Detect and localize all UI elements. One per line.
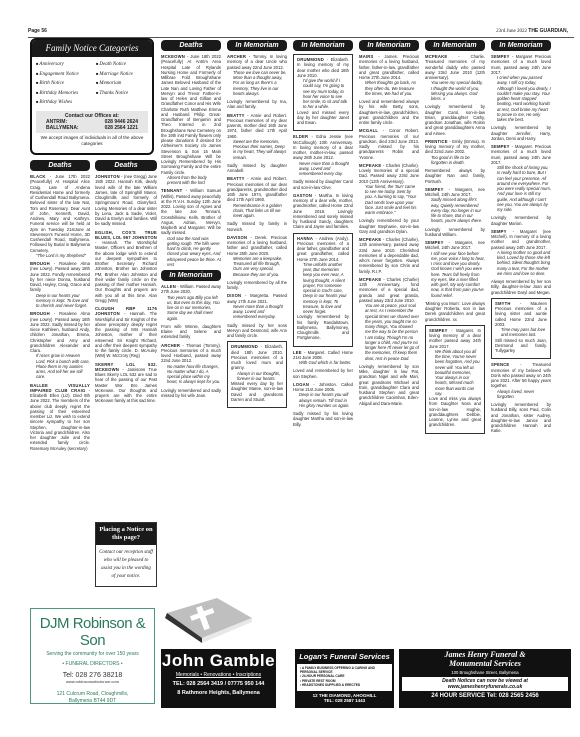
notice-text: Loved and remembered always by his wife … xyxy=(359,99,419,125)
notice-entry: SEMPEY - Margaret, nee Mitchell, 24th Ju… xyxy=(425,187,485,224)
notice-entry: ELDER - Edna Jessie (nee McCullough) 10t… xyxy=(293,134,353,176)
notice-verse: Those we love can never be, More than a … xyxy=(227,70,287,96)
notice-name: ARCHER xyxy=(161,343,180,348)
category-item: Engagement Notice xyxy=(36,70,96,80)
notice-text: - Charles (Charlie), 12th anniversary, p… xyxy=(359,237,419,274)
notice-verse: I'd give the world if I could say, I'm g… xyxy=(297,78,349,110)
notice-name: SEMPY xyxy=(491,229,507,234)
ad-djm-robinson: DJM Robinson & Son Serving the community… xyxy=(30,608,155,704)
notice-text: Still missed so much Joan, Desmond and f… xyxy=(495,338,547,354)
notice-entry: MAIRS - James. Precious memories of a lo… xyxy=(359,54,419,96)
notice-name: BALLEE VISUALLY IMPAIRED CLUB CRAIG xyxy=(30,383,90,393)
notice-text: Lovingly remembered by daughter Jennifer… xyxy=(491,125,551,141)
ad-logans-funeral: Logan's Funeral Services • A FAMILY BUSI… xyxy=(295,649,394,708)
category-item: Birthday Memories xyxy=(36,89,96,99)
notice-entry: MCKEOWN - June 18th 2022 (Peacefully) At… xyxy=(161,54,221,185)
section-header-memoriam: In Memoriam xyxy=(293,40,353,51)
notice-text: Loved and missed every day by her daught… xyxy=(297,110,349,126)
logan-services: • A FAMILY BUSINESS OFFERING A CARING AN… xyxy=(297,664,392,691)
notice-entry: BALLEE VISUALLY IMPAIRED CLUB CRAIG - El… xyxy=(30,383,90,451)
notice-entry: SKERRY LOL 532. MCKEOWN - Jamisons True … xyxy=(95,362,157,404)
notice-entry: EGLISH, COX'S TRUE BLUES, LOL 967 JOHNST… xyxy=(95,230,157,304)
logan-tel[interactable]: TEL: 028 2587 1443 xyxy=(324,698,365,703)
notice-name: BEATTY xyxy=(227,176,245,181)
djm-web[interactable]: www.robinsonsofculcrum.com xyxy=(31,679,154,684)
section-header-memoriam: In Memoriam xyxy=(359,40,419,51)
section-header-deaths: Deaths xyxy=(30,160,90,171)
notice-text: - Rosalene Alma (nee Lowry). Passed away… xyxy=(30,311,90,353)
notice-verse: A loving mother so good and kind, Loved … xyxy=(491,250,551,276)
notice-text: Lovingly remembered and sadly missed by … xyxy=(161,388,221,398)
ad-james-henry: James Henry Funeral &Monumental Services… xyxy=(399,649,571,708)
notice-entry: HANNA - Andrew (Andy). Precious memories… xyxy=(297,236,349,341)
category-item: Death Notice xyxy=(96,60,154,70)
notice-verse: Deep in our hearts you will always remai… xyxy=(293,392,353,408)
logan-item: • HEADSTONES SUPPLIED & ERECTED xyxy=(300,683,389,687)
category-item: Memoriam xyxy=(96,79,154,89)
notice-name: DRUMMOND xyxy=(297,57,324,62)
notice-entry: Lovingly remembered by Ina, Alan and fam… xyxy=(227,99,287,110)
placing-body: Contact our reception staff who will be … xyxy=(96,545,156,585)
notice-verse: If roses grow in Heaven Lord, Pick a bun… xyxy=(30,353,90,379)
notice-name: BLACK xyxy=(30,174,46,179)
notice-name: SEMPEY xyxy=(491,144,510,149)
notice-entry: BEATTY - Annie and Robert. Precious memo… xyxy=(227,176,287,218)
notice-text: Always remembered by her son Billy, daug… xyxy=(491,279,551,295)
notice-entry: Lovingly remembered by daughter Jennifer… xyxy=(491,125,551,141)
jg-services: Memorials • Renovations • Inscriptions xyxy=(161,672,276,678)
notice-entry: Lovingly remembered by daughter Carol, s… xyxy=(425,104,485,136)
notice-entry: SPENCE - Treasured memories of my belove… xyxy=(491,362,551,399)
notice-text: Remembered always by daughter Nan and fa… xyxy=(425,168,485,184)
notice-name: ELDER xyxy=(293,134,308,139)
fnc-title: Family Notice Categories xyxy=(32,40,152,57)
notice-name: DAVISON xyxy=(227,235,247,240)
category-item: Thanks Notice xyxy=(96,89,154,99)
notice-text: Lovingly remembered by daughter Carol, s… xyxy=(425,104,485,135)
notice-name: PRENTICE xyxy=(425,139,448,144)
notice-entry: Lovingly remembered by your daughter Ste… xyxy=(359,218,419,234)
notice-name: MCPEAKE xyxy=(359,163,381,168)
notice-text: - Conor Robert. Precious memories of our… xyxy=(359,128,419,159)
notice-verse: God saw the road was getting rough. The … xyxy=(161,236,221,268)
djm-addr2: Ballymena BT44 9DT xyxy=(69,698,117,704)
notice-text: - June 18th 2022 (Peacefully) At Antrim … xyxy=(161,54,221,175)
bible-cross-icon xyxy=(162,598,257,643)
notice-entry: DRUMMOND - Elizabeth. In loving memory o… xyxy=(297,57,349,125)
jg-tel[interactable]: TEL: 028 2564 3419 / 07775 950 144 xyxy=(161,681,276,687)
notice-entry: Loved and remembered always by his wife … xyxy=(359,99,419,125)
notice-name: MCPEAKE xyxy=(359,237,381,242)
notice-name: SMYTH xyxy=(495,301,511,306)
notice-text: Lovingly remembered by his family Randal… xyxy=(297,314,349,340)
notice-entry: Lovingly remembered by son Mike, daughte… xyxy=(359,364,419,406)
notice-entry: MCPEAKE - Charlie. Treasured memories of… xyxy=(425,54,485,101)
notice-text: Lovingly remembered by husband William. xyxy=(425,227,485,237)
notice-entry: MCPEAKE - Charles (Charlie), 12th annive… xyxy=(359,237,419,274)
notice-verse: Sadly missed along life's way, Quietly r… xyxy=(425,197,485,223)
notice-name: MCPEAKE xyxy=(425,54,447,59)
notice-verse: Absent from the body present with the lo… xyxy=(161,175,221,186)
notice-text: 'Missing you Mum'. Love always daughter … xyxy=(425,301,485,322)
notice-entry: MCPEAKE - Charles (Charlie). Lovely memo… xyxy=(359,163,419,216)
placing-title: Placing a Notice on this page? xyxy=(96,523,156,545)
notice-text: Lovingly remembered by Ina, Alan and fam… xyxy=(227,99,287,109)
notice-name: MCGALL xyxy=(359,128,378,133)
notice-entry: Loved and remembered by her son Stephen. xyxy=(293,368,353,379)
notice-text: Lovingly remembered by your daughter Ste… xyxy=(359,218,419,234)
section-header-memoriam: In Memoriam xyxy=(491,40,551,51)
notice-name: SEMPEY xyxy=(425,240,444,245)
notice-verse: "The Lord is my Shepherd" xyxy=(30,253,90,258)
notice-text: Love and miss you always from Daughter N… xyxy=(429,396,481,428)
notice-text: - Margaret. Called Home 21st June 2008. xyxy=(293,350,353,360)
notice-entry: Lovingly remembered by husband William. xyxy=(425,227,485,238)
notice-entry: ARCHER - Thomas (Tommy). Precious memori… xyxy=(161,343,221,385)
page-header: Page 56 23rd June 2022 THE GUARDIAN, xyxy=(28,28,574,38)
notice-name: DRUMMOND xyxy=(231,344,258,349)
notice-name: GASTON xyxy=(293,193,312,198)
notice-text: Loved and remembered by her son Stephen. xyxy=(293,368,353,378)
category-list: Anniversary Death Notice Engagement Noti… xyxy=(32,57,152,111)
notice-entry: Sadly missed by family in Norwich. xyxy=(227,221,287,232)
notice-entry: JOHNSTON - (nee Gregg) June 15th 2022. H… xyxy=(95,174,157,227)
jh-service[interactable]: 24 HOUR SERVICE Tel: 028 2565 2456 xyxy=(399,693,571,699)
category-item: Marriage Notice xyxy=(96,70,154,80)
notice-verse: Too good in life to be forgotten in deat… xyxy=(425,155,485,166)
notice-entry: GASTON - Martha. In loving memory of a d… xyxy=(293,193,353,230)
notice-name: BROUGH xyxy=(30,311,50,316)
notice-entry: SEMPEY - Margaret. Precious memories of … xyxy=(491,144,551,212)
notice-entry: LOGAN - Johnston. Called Home 21st June … xyxy=(293,382,353,408)
notice-entry: Lovingly remembered by husband Billy, so… xyxy=(491,402,551,434)
notice-name: TENNANT xyxy=(161,188,182,193)
notice-entry: BROUGH - Rosalene Alma (nee Lowry). Pass… xyxy=(30,261,90,308)
jh-addr: 100 Broughshane Street, Ballymena xyxy=(399,670,571,675)
notice-text: - Jamisons True Blues Skerry LOL 532 are… xyxy=(95,367,157,404)
notice-entry: SMYTH - Maureen Precious memories of a l… xyxy=(495,301,547,354)
ad-john-gamble: John Gamble Memorials • Renovations • In… xyxy=(161,649,276,708)
contact-box: Contact our Offices at: ANTRIM:028 9446 … xyxy=(36,111,148,133)
notice-name: MAIRS xyxy=(359,54,374,59)
notice-name: MCKEOWN xyxy=(161,54,185,59)
notice-entry: 'Missing you Mum'. Love always daughter … xyxy=(425,301,485,322)
notice-name: SEMPEY xyxy=(491,54,510,59)
jg-name: John Gamble xyxy=(161,651,276,671)
section-header-deaths: Deaths xyxy=(161,40,221,51)
notice-name: SEMPEY xyxy=(425,187,444,192)
category-item: Birth Notice xyxy=(36,79,96,89)
notice-text: Lovingly remembered by all the family. xyxy=(227,280,287,290)
column-memoriam-6: In Memoriam MAIRS - James. Precious memo… xyxy=(359,40,419,409)
notice-entry: SEMPEY - Margaret. In loving memory of a… xyxy=(429,328,481,428)
page-date: 23rd June 2022 THE GUARDIAN, xyxy=(496,28,568,34)
notice-text: - Elizabeth Ellen (Liz). Died 8th June 2… xyxy=(30,388,90,451)
notice-entry: Lovingly remembered by daughter Marion. xyxy=(491,215,551,226)
djm-name: DJM Robinson & Son xyxy=(31,615,154,649)
notice-text: - Hannah. The Worshipful and Sir Knights… xyxy=(95,311,157,358)
notice-verse: When thoughts go back, As they often do,… xyxy=(359,80,419,96)
notice-text: Lovingly remembered by daughter Marion. xyxy=(491,215,551,225)
notice-name: ARCHER xyxy=(227,54,246,59)
notice-verse: We think about you all the time, You've … xyxy=(429,349,481,396)
jh-name2: Monumental Services xyxy=(449,659,521,668)
notice-entry: From wife Winnie, daughters Elaine and S… xyxy=(161,324,221,340)
notice-entry: LEE - Margaret. Called Home 21st June 20… xyxy=(293,350,353,366)
notice-entry: BLACK - June 17th 2022 (Peacefully) At H… xyxy=(30,174,90,258)
column-memoriam-4: In Memoriam ARCHER - Tommy. In loving me… xyxy=(227,40,287,411)
notice-verse: Remembrance is a golden chain, That link… xyxy=(227,203,287,219)
notice-verse: Time may pass but love and memories last… xyxy=(495,327,547,338)
djm-addr1: 121 Culcrum Road, Cloughmills, xyxy=(57,691,129,697)
notice-verse: You are at peace, your soul at rest, As … xyxy=(359,303,419,361)
notice-name: EGLISH, COX'S TRUE BLUES, LOL 967 JOHNST… xyxy=(95,230,157,240)
notice-entry: Sadly missed by daughter Annabell. xyxy=(227,163,287,174)
notice-verse: Memories are a keepsake, Treasured all l… xyxy=(227,256,287,277)
notice-text: Lovingly remembered by son Mike, daughte… xyxy=(359,364,419,406)
ballymena-label: BALLYMENA: xyxy=(46,125,79,131)
placing-notice-box: Placing a Notice on this page? Contact o… xyxy=(95,522,157,587)
notice-verse: Never more than a thought away, Loved an… xyxy=(293,161,353,177)
notice-entry: DRUMMOND - Elizabeth, died 18th June 201… xyxy=(231,344,283,402)
notice-entry: SEMPEY - Margaret, nee Mitchell, 24th Ju… xyxy=(425,240,485,298)
notice-entry: ARCHER - Tommy. In loving memory of a de… xyxy=(227,54,287,96)
notice-text: - William Samuel (Willis), Passed away p… xyxy=(161,188,221,235)
notice-text: Sadly missed by his loving daughter Mart… xyxy=(293,411,353,427)
notice-entry: Lovingly remembered and sadly missed by … xyxy=(161,388,221,399)
notice-entry: Always remembered by her son Billy, daug… xyxy=(491,279,551,295)
notice-name: SEMPEY xyxy=(429,328,448,333)
notice-text: - Hannah. The Worshipful Master, Officer… xyxy=(95,240,157,303)
column-deaths-1: Deaths BLACK - June 17th 2022 (Peacefull… xyxy=(30,160,90,454)
notice-verse: Always loved, never forgotten. xyxy=(491,389,551,400)
column-memoriam-8: In Memoriam SEMPEY - Margaret Precious m… xyxy=(491,40,551,437)
section-header-memoriam: In Memoriam xyxy=(161,270,221,281)
notice-text: Missed every day by her daughter Maree, … xyxy=(231,381,283,402)
column-memoriam-7: In Memoriam MCPEAKE - Charlie. Treasured… xyxy=(425,40,485,437)
djm-tel[interactable]: Tel: 028 276 38218 xyxy=(31,672,154,679)
notice-entry: MCGALL - Conor Robert. Precious memories… xyxy=(359,128,419,160)
column-memoriam-5: In Memoriam DRUMMOND - Elizabeth. In lov… xyxy=(293,40,353,430)
notice-entry: Sadly missed by his loving daughter Mart… xyxy=(293,411,353,427)
notice-text: Sadly missed by daughter Annabell. xyxy=(227,163,287,173)
notice-verse: Still the shock of losing you, Is really… xyxy=(491,165,551,212)
column-deaths-2: Deaths JOHNSTON - (nee Gregg) June 15th … xyxy=(95,160,157,407)
notice-entry: ALLEN - William. Passed away 27th June 2… xyxy=(161,284,221,321)
notice-text: Lovingly remembered by husband Billy, so… xyxy=(491,402,551,433)
notice-verse: Deep in our hearts your memory is kept. … xyxy=(30,293,90,309)
notice-name: SPENCE xyxy=(491,362,509,367)
logan-name: Logan's Funeral Services xyxy=(295,649,394,664)
notice-verse: I still see your face before me, your vo… xyxy=(425,251,485,298)
notice-verse: Your friend, the 'Sun' came to see me to… xyxy=(359,184,419,216)
notice-entry: DAVISON - Derek. Precious memories of a … xyxy=(227,235,287,277)
notice-text: - Martha. In loving memory of a dear wif… xyxy=(293,193,353,230)
notice-entry: TENNANT - William Samuel (Willis), Passe… xyxy=(161,188,221,267)
category-item: Birthday Wishes xyxy=(36,98,96,108)
notice-verse: Always in our thoughts, forever in our h… xyxy=(231,371,283,382)
notice-entry: MCPEAKE - Charles (Charlie) 12th Anniver… xyxy=(359,277,419,361)
ballymena-phone[interactable]: 028 2564 1221 xyxy=(105,125,138,131)
notice-text: - (nee Gregg) June 15th 2022. Hannah Kir… xyxy=(95,174,157,226)
notice-text: Sadly missed by her sons Mervyn and Desm… xyxy=(227,323,287,339)
section-header-deaths: Deaths xyxy=(95,160,157,171)
notice-entry: CLOUGH RBP 1176 JOHNSTON - Hannah. The W… xyxy=(95,306,157,359)
page-number: Page 56 xyxy=(28,28,47,34)
notice-verse: Sweet are the memories, Precious their n… xyxy=(227,139,287,160)
column-deaths-3: Deaths MCKEOWN - June 18th 2022 (Peacefu… xyxy=(161,40,221,401)
notice-entry: PRENTICE - Emily (Emma). In loving memor… xyxy=(425,139,485,165)
notice-entry: SEMPY - Margaret (nee Mitchell). In memo… xyxy=(491,229,551,276)
notice-entry: SEMPEY - Margaret Precious memories of a… xyxy=(491,54,551,122)
notice-entry: BROUGH - Rosalene Alma (nee Lowry). Pass… xyxy=(30,311,90,379)
notice-text: Sadly missed by family in Norwich. xyxy=(227,221,287,231)
notice-name: DIXON xyxy=(227,293,241,298)
notice-verse: You were my special daddy, I thought the… xyxy=(425,80,485,101)
jh-web[interactable]: www.jameshenryfunerals.co.uk xyxy=(448,684,523,690)
section-header-memoriam: In Memoriam xyxy=(425,40,485,51)
notice-text: Sadly missed by daughter Carol and son-i… xyxy=(293,179,353,189)
notice-entry: Remembered always by daughter Nan and fa… xyxy=(425,168,485,184)
notice-verse: Never more than a thought away, Loved an… xyxy=(227,304,287,320)
djm-fd: • FUNERAL DIRECTORS • xyxy=(31,661,154,667)
notice-text: - Rosalene Alma (nee Lowry). Passed away… xyxy=(30,261,90,292)
notice-name: MCPEAKE xyxy=(359,277,381,282)
notice-entry: Lovingly remembered by all the family. xyxy=(227,280,287,291)
notice-entry: Sadly missed by daughter Carol and son-i… xyxy=(293,179,353,190)
notice-name: JOHNSTON xyxy=(95,174,120,179)
notice-text: From wife Winnie, daughters Elaine and S… xyxy=(161,324,221,340)
category-item: Anniversary xyxy=(36,60,96,70)
notice-entry: DIXON - Margretta. Passed away 17th June… xyxy=(227,293,287,319)
notice-name: HANNA xyxy=(297,236,313,241)
jg-addr: 8 Rathmore Heights, Ballymena xyxy=(161,690,276,696)
notice-verse: Two years ago Billy you left us, But eve… xyxy=(161,295,221,321)
djm-sub: Serving the community for over 150 years xyxy=(31,651,154,657)
family-notice-categories: Family Notice Categories Anniversary Dea… xyxy=(30,38,154,155)
logan-item: • A FAMILY BUSINESS OFFERING A CARING AN… xyxy=(300,666,389,674)
notice-name: BEATTY xyxy=(227,113,245,118)
notice-name: ALLEN xyxy=(161,284,176,289)
accept-note: We accept images of individuals in all o… xyxy=(32,133,152,149)
notice-verse: With God which is far better. xyxy=(293,360,353,365)
section-header-memoriam: In Memoriam xyxy=(227,40,287,51)
notice-verse: No matter how life changes, No matter wh… xyxy=(161,364,221,385)
notice-name: BROUGH xyxy=(30,261,50,266)
notice-verse: Time unfolds another year, But memories … xyxy=(297,262,349,315)
notice-name: LEE xyxy=(293,350,302,355)
notice-text: - June 17th 2022 (Peacefully) At Hospita… xyxy=(30,174,90,253)
notice-entry: Sadly missed by her sons Mervyn and Desm… xyxy=(227,323,287,339)
notice-entry: BEATTY - Annie and Robert. Precious memo… xyxy=(227,113,287,160)
notice-verse: I cried when you passed away, I still cr… xyxy=(491,75,551,122)
notice-name: LOGAN xyxy=(293,382,309,387)
